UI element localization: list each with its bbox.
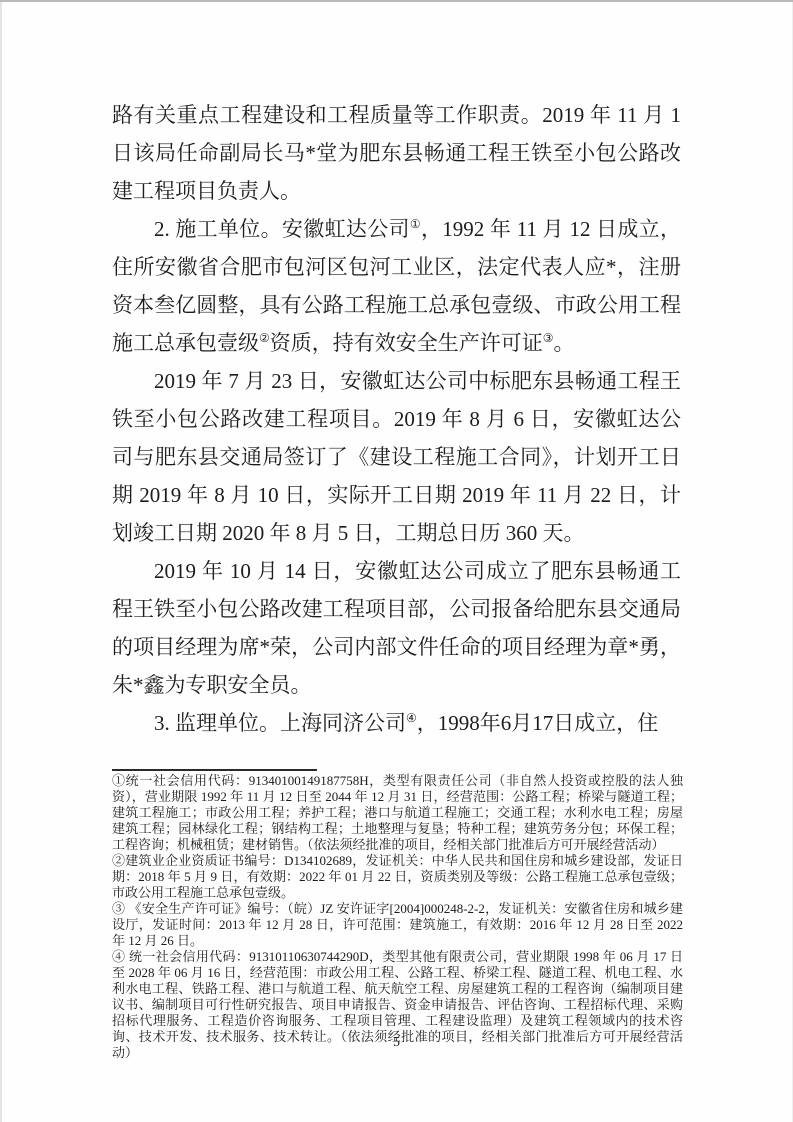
- footnote-item: ③ 《安全生产许可证》编号：（皖）JZ 安许证字[2004]000248-2-2…: [112, 901, 683, 949]
- document-body: 路有关重点工程建设和工程质量等工作职责。2019 年 11 月 1 日该局任命副…: [112, 96, 681, 742]
- footnote-ref: ③: [543, 331, 554, 345]
- footnotes-list: ①统一社会信用代码：91340100149187758H，类型有限责任公司（非自…: [112, 773, 683, 1061]
- footnote-item: ②建筑业企业资质证书编号：D134102689，发证机关：中华人民共和国住房和城…: [112, 853, 683, 901]
- footnote-separator: [112, 769, 317, 771]
- paragraph: 3. 监理单位。上海同济公司④，1998年6月17日成立，住: [112, 704, 681, 742]
- footnote-item: ①统一社会信用代码：91340100149187758H，类型有限责任公司（非自…: [112, 773, 683, 853]
- footnote-ref: ②: [259, 331, 270, 345]
- paragraph: 2. 施工单位。安徽虹达公司①，1992 年 11 月 12 日成立，住所安徽省…: [112, 210, 681, 362]
- paragraph: 2019 年 7 月 23 日，安徽虹达公司中标肥东县畅通工程王铁至小包公路改建…: [112, 362, 681, 552]
- paragraph: 路有关重点工程建设和工程质量等工作职责。2019 年 11 月 1 日该局任命副…: [112, 96, 681, 210]
- paragraph: 2019 年 10 月 14 日，安徽虹达公司成立了肥东县畅通工程王铁至小包公路…: [112, 552, 681, 704]
- footnote-ref: ④: [406, 711, 417, 725]
- footnote-ref: ①: [410, 217, 421, 231]
- page-number: 5: [0, 1034, 793, 1052]
- document-page: 路有关重点工程建设和工程质量等工作职责。2019 年 11 月 1 日该局任命副…: [0, 0, 793, 1122]
